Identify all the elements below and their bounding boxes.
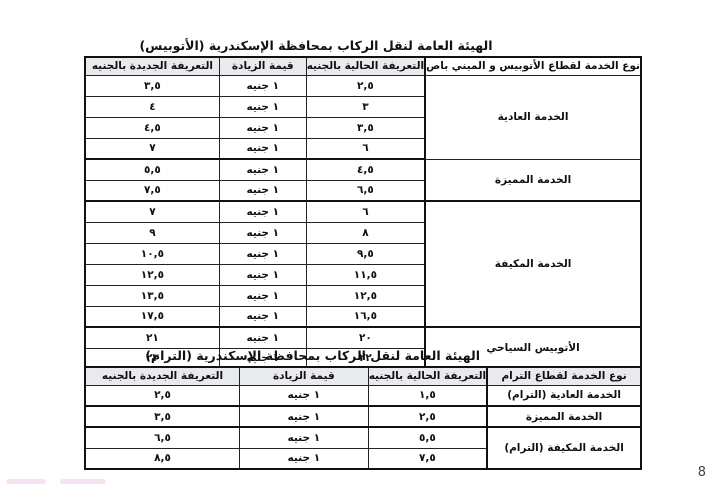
increase-cell: ١ جنيه: [219, 243, 306, 264]
current-fare-cell: ٣: [306, 96, 425, 117]
header-service-type: نوع الخدمة لقطاع الأتوبيس و الميني باص: [425, 57, 641, 75]
current-fare-cell: ١,٥: [368, 385, 487, 406]
service-regular-tram: الخدمة العادية (الترام): [487, 385, 641, 406]
scan-artifact: [60, 479, 106, 484]
header-new-fare: التعريفة الجديدة بالجنيه: [85, 57, 219, 75]
current-fare-cell: ٢٠: [306, 327, 425, 348]
new-fare-cell: ١٢,٥: [85, 264, 219, 285]
new-fare-cell: ٧,٥: [85, 180, 219, 201]
increase-cell: ١ جنيه: [219, 96, 306, 117]
increase-cell: ١ جنيه: [219, 264, 306, 285]
table-row: الخدمة المميزة ٤,٥ ١ جنيه ٥,٥: [85, 159, 641, 180]
new-fare-cell: ١٣,٥: [85, 285, 219, 306]
header-increase: قيمة الزيادة: [219, 57, 306, 75]
current-fare-cell: ٣,٥: [306, 117, 425, 138]
current-fare-cell: ٩,٥: [306, 243, 425, 264]
header-increase: قيمة الزيادة: [239, 367, 368, 385]
new-fare-cell: ٣,٥: [85, 75, 219, 96]
service-air-conditioned-tram: الخدمة المكيفة (الترام): [487, 427, 641, 469]
table-header-row: نوع الخدمة لقطاع الأتوبيس و الميني باص ا…: [85, 57, 641, 75]
current-fare-cell: ٥,٥: [368, 427, 487, 448]
current-fare-cell: ١٢,٥: [306, 285, 425, 306]
new-fare-cell: ٢,٥: [85, 385, 239, 406]
header-current-fare: التعريفة الحالية بالجنيه: [306, 57, 425, 75]
increase-cell: ١ جنيه: [219, 138, 306, 159]
new-fare-cell: ٦,٥: [85, 427, 239, 448]
new-fare-cell: ٢١: [85, 327, 219, 348]
increase-cell: ١ جنيه: [219, 285, 306, 306]
new-fare-cell: ٣,٥: [85, 406, 239, 427]
increase-cell: ١ جنيه: [219, 75, 306, 96]
new-fare-cell: ١٧,٥: [85, 306, 219, 327]
increase-cell: ١ جنيه: [239, 406, 368, 427]
current-fare-cell: ٧,٥: [368, 448, 487, 469]
increase-cell: ١ جنيه: [219, 180, 306, 201]
new-fare-cell: ٨,٥: [85, 448, 239, 469]
new-fare-cell: ٥,٥: [85, 159, 219, 180]
current-fare-cell: ٤,٥: [306, 159, 425, 180]
header-service-type: نوع الخدمة لقطاع الترام: [487, 367, 641, 385]
current-fare-cell: ٦,٥: [306, 180, 425, 201]
increase-cell: ١ جنيه: [239, 448, 368, 469]
new-fare-cell: ٧: [85, 201, 219, 222]
page-number: 8: [698, 465, 706, 480]
table-row: الخدمة العادية ٢,٥ ١ جنيه ٣,٥: [85, 75, 641, 96]
table-row: الخدمة المكيفة (الترام) ٥,٥ ١ جنيه ٦,٥: [85, 427, 641, 448]
current-fare-cell: ٢,٥: [306, 75, 425, 96]
increase-cell: ١ جنيه: [219, 117, 306, 138]
current-fare-cell: ١١,٥: [306, 264, 425, 285]
scan-artifact: [6, 479, 46, 484]
tram-table-title: الهيئة العامة لنقل الركاب بمحافظة الإسكن…: [170, 348, 480, 363]
new-fare-cell: ٩: [85, 222, 219, 243]
bus-table-title: الهيئة العامة لنقل الركاب بمحافظة الإسكن…: [86, 38, 546, 53]
increase-cell: ١ جنيه: [239, 427, 368, 448]
current-fare-cell: ١٦,٥: [306, 306, 425, 327]
table-row: الخدمة المكيفة ٦ ١ جنيه ٧: [85, 201, 641, 222]
header-current-fare: التعريفة الحالية بالجنيه: [368, 367, 487, 385]
increase-cell: ١ جنيه: [239, 385, 368, 406]
increase-cell: ١ جنيه: [219, 306, 306, 327]
new-fare-cell: ١٠,٥: [85, 243, 219, 264]
current-fare-cell: ٦: [306, 201, 425, 222]
current-fare-cell: ٨: [306, 222, 425, 243]
table-header-row: نوع الخدمة لقطاع الترام التعريفة الحالية…: [85, 367, 641, 385]
table-row: الخدمة العادية (الترام) ١,٥ ١ جنيه ٢,٥: [85, 385, 641, 406]
current-fare-cell: ٢,٥: [368, 406, 487, 427]
service-premium-tram: الخدمة المميزة: [487, 406, 641, 427]
new-fare-cell: ٤: [85, 96, 219, 117]
bus-fare-table: نوع الخدمة لقطاع الأتوبيس و الميني باص ا…: [84, 56, 642, 370]
service-premium: الخدمة المميزة: [425, 159, 641, 201]
increase-cell: ١ جنيه: [219, 159, 306, 180]
service-regular: الخدمة العادية: [425, 75, 641, 159]
table-row: الأتوبيس السياحي ٢٠ ١ جنيه ٢١: [85, 327, 641, 348]
current-fare-cell: ٦: [306, 138, 425, 159]
service-air-conditioned: الخدمة المكيفة: [425, 201, 641, 327]
new-fare-cell: ٤,٥: [85, 117, 219, 138]
increase-cell: ١ جنيه: [219, 222, 306, 243]
header-new-fare: التعريفة الجديدة بالجنيه: [85, 367, 239, 385]
table-row: الخدمة المميزة ٢,٥ ١ جنيه ٣,٥: [85, 406, 641, 427]
tram-fare-table: نوع الخدمة لقطاع الترام التعريفة الحالية…: [84, 366, 642, 470]
increase-cell: ١ جنيه: [219, 201, 306, 222]
new-fare-cell: ٧: [85, 138, 219, 159]
increase-cell: ١ جنيه: [219, 327, 306, 348]
